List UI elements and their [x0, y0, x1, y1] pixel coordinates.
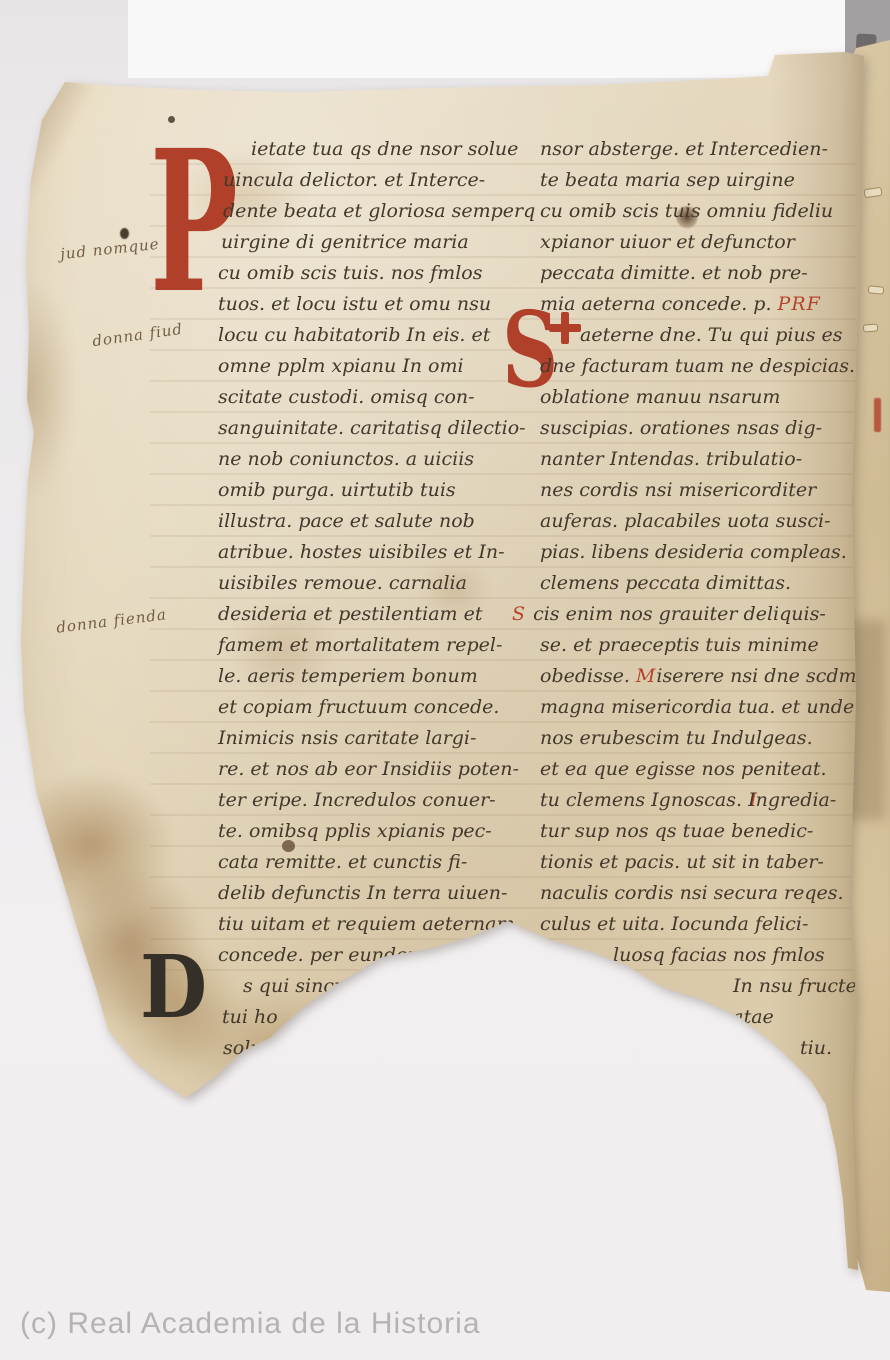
manuscript-text-line: dente beata et gloriosa semperq	[223, 196, 528, 227]
ink-text: naculis cordis nsi secura reqes.	[540, 882, 844, 904]
manuscript-text-line: scitate custodi. omisq con-	[218, 382, 528, 413]
manuscript-text-line: tuos. et locu istu et omu nsu	[218, 289, 528, 320]
ink-text: culus et uita. Iocunda felici-	[540, 913, 808, 935]
manuscript-text-line: magna misericordia tua. et unde	[540, 692, 870, 723]
manuscript-text-line: tiu.	[800, 1033, 870, 1064]
manuscript-text-line: le. aeris temperiem bonum	[218, 661, 528, 692]
ink-text: clemens peccata dimittas.	[540, 572, 791, 594]
manuscript-text-line: uatae	[720, 1002, 870, 1033]
manuscript-text-line: se. et praeceptis tuis minime	[540, 630, 870, 661]
ink-text: cis enim nos grauiter deliquis-	[533, 603, 826, 625]
ink-text: suscipias. orationes nsas dig-	[540, 417, 822, 439]
manuscript-text-line: oblatione manuu nsarum	[540, 382, 870, 413]
ink-text: tionis et pacis. ut sit in taber-	[540, 851, 824, 873]
ink-text: famem et mortalitatem repel-	[218, 634, 502, 656]
manuscript-text-line: s qui sincul	[243, 971, 528, 1002]
ink-text: nsor absterge. et Intercedien-	[540, 138, 828, 160]
manuscript-text-line: atribue. hostes uisibiles et In-	[218, 537, 528, 568]
ink-text: solu	[223, 1037, 263, 1059]
ink-text: illustra. pace et salute nob	[218, 510, 475, 532]
manuscript-text-line: ne nob coniunctos. a uiciis	[218, 444, 528, 475]
manuscript-text-line: tu clemens Ignoscas. Ingredia-	[540, 785, 870, 816]
manuscript-text-line: te. omibsq pplis xpianis pec-	[218, 816, 528, 847]
parchment-leaf: P D S ietate tua qs dne nsor solueuincul…	[0, 0, 890, 1360]
ink-text: cu omib scis tuis omniu fideliu	[540, 200, 833, 222]
right-text-column: nsor absterge. et Intercedien-te beata m…	[540, 134, 870, 1064]
manuscript-text-line: nes cordis nsi misericorditer	[540, 475, 870, 506]
manuscript-text-line: et copiam fructuum concede.	[218, 692, 528, 723]
manuscript-text-line: uincula delictor. et Interce-	[223, 165, 528, 196]
ink-text: nos erubescim tu Indulgeas.	[540, 727, 813, 749]
manuscript-text-line: xpianor uiuor et defunctor	[540, 227, 870, 258]
manuscript-text-line: nos erubescim tu Indulgeas.	[540, 723, 870, 754]
manuscript-text-line: auferas. placabiles uota susci-	[540, 506, 870, 537]
ink-text: omib purga. uirtutib tuis	[218, 479, 456, 501]
left-text-column: ietate tua qs dne nsor solueuincula deli…	[218, 134, 528, 1064]
ink-text: nanter Intendas. tribulatio-	[540, 448, 802, 470]
manuscript-text-line: et ea que egisse nos peniteat.	[540, 754, 870, 785]
manuscript-text-line: culus et uita. Iocunda felici-	[540, 909, 870, 940]
manuscript-text-line: luosq facias nos fmlos	[613, 940, 870, 971]
ink-text: sanguinitate. caritatisq dilectio-	[218, 417, 526, 439]
manuscript-text-line: tiu uitam et requiem aeternam	[218, 909, 528, 940]
manuscript-text-line: cata remitte. et cunctis fi-	[218, 847, 528, 878]
ink-text: pias. libens desideria compleas.	[540, 541, 847, 563]
ink-text: et copiam fructuum concede.	[218, 696, 499, 718]
ink-text: tiu.	[800, 1037, 832, 1059]
ink-text: oblatione manuu nsarum	[540, 386, 780, 408]
ink-text: uatae	[720, 1006, 774, 1028]
ink-text: concede. per eundem.	[218, 944, 431, 966]
ink-text: tui ho	[222, 1006, 278, 1028]
manuscript-text-line: naculis cordis nsi secura reqes.	[540, 878, 870, 909]
manuscript-text-line: uirgine di genitrice maria	[221, 227, 528, 258]
ink-text: ter eripe. Incredulos conuer-	[218, 789, 496, 811]
ink-text: ietate tua qs dne nsor solue	[251, 138, 518, 160]
ink-text: ne nob coniunctos. a uiciis	[218, 448, 474, 470]
ink-text: In nsu fructer-	[733, 975, 872, 997]
manuscript-text-line: cu omib scis tuis. nos fmlos	[218, 258, 528, 289]
manuscript-text-line: ietate tua qs dne nsor solue	[251, 134, 528, 165]
ink-text: aeterne dne. Tu qui pius es	[580, 324, 843, 346]
manuscript-text-line: delib defunctis In terra uiuen-	[218, 878, 528, 909]
ink-text: uirgine di genitrice maria	[221, 231, 469, 253]
manuscript-text-line: S cis enim nos grauiter deliquis-	[512, 599, 870, 630]
manuscript-text-line: concede. per eundem.	[218, 940, 528, 971]
manuscript-text-line: solu	[223, 1033, 528, 1064]
rubric-text: I	[748, 789, 756, 811]
manuscript-photo: P D S ietate tua qs dne nsor solueuincul…	[0, 0, 890, 1360]
manuscript-text-line: illustra. pace et salute nob	[218, 506, 528, 537]
rubric-text: S	[512, 603, 533, 625]
ink-text: tu clemens Ignoscas.	[540, 789, 748, 811]
ink-text: tur sup nos qs tuae benedic-	[540, 820, 813, 842]
ink-text: re. et nos ab eor Insidiis poten-	[218, 758, 519, 780]
ink-text: desideria et pestilentiam et	[218, 603, 483, 625]
parchment-leaf-wrapper: P D S ietate tua qs dne nsor solueuincul…	[0, 0, 890, 1360]
manuscript-text-line: desideria et pestilentiam et	[218, 599, 528, 630]
ink-text: Inimicis nsis caritate largi-	[218, 727, 476, 749]
manuscript-text-line: famem et mortalitatem repel-	[218, 630, 528, 661]
ink-text: cu omib scis tuis. nos fmlos	[218, 262, 482, 284]
manuscript-text-line: nsor absterge. et Intercedien-	[540, 134, 870, 165]
ink-text: tiu uitam et requiem aeternam	[218, 913, 514, 935]
ink-text: auferas. placabiles uota susci-	[540, 510, 831, 532]
manuscript-text-line: peccata dimitte. et nob pre-	[540, 258, 870, 289]
manuscript-text-line: locu cu habitatorib In eis. et	[218, 320, 528, 351]
manuscript-text-line: sanguinitate. caritatisq dilectio-	[218, 413, 528, 444]
ink-text: nes cordis nsi misericorditer	[540, 479, 816, 501]
copyright-watermark: (c) Real Academia de la Historia	[20, 1306, 481, 1342]
manuscript-text-line: suscipias. orationes nsas dig-	[540, 413, 870, 444]
ink-text: dente beata et gloriosa semperq	[223, 200, 535, 222]
ink-text: omne pplm xpianu In omi	[218, 355, 464, 377]
manuscript-text-line: te beata maria sep uirgine	[540, 165, 870, 196]
ink-text: peccata dimitte. et nob pre-	[540, 262, 808, 284]
ink-text: scitate custodi. omisq con-	[218, 386, 475, 408]
ink-text: luosq facias nos fmlos	[613, 944, 825, 966]
manuscript-text-line: ter eripe. Incredulos conuer-	[218, 785, 528, 816]
manuscript-text-line: clemens peccata dimittas.	[540, 568, 870, 599]
ink-text: iserere nsi dne scdm	[656, 665, 856, 687]
ink-text: te. omibsq pplis xpianis pec-	[218, 820, 492, 842]
ink-text: tuos. et locu istu et omu nsu	[218, 293, 491, 315]
ink-text: atribue. hostes uisibiles et In-	[218, 541, 505, 563]
ink-text: delib defunctis In terra uiuen-	[218, 882, 507, 904]
stain	[0, 280, 75, 500]
manuscript-text-line: omib purga. uirtutib tuis	[218, 475, 528, 506]
manuscript-text-line: dne facturam tuam ne despicias.	[540, 351, 870, 382]
manuscript-text-line: obedisse. Miserere nsi dne scdm	[540, 661, 870, 692]
ink-text: te beata maria sep uirgine	[540, 169, 795, 191]
manuscript-text-line: nanter Intendas. tribulatio-	[540, 444, 870, 475]
manuscript-text-line: Inimicis nsis caritate largi-	[218, 723, 528, 754]
ink-text: magna misericordia tua. et unde	[540, 696, 854, 718]
manuscript-text-line: cu omib scis tuis omniu fideliu	[540, 196, 870, 227]
rubric-text: M	[636, 665, 656, 687]
manuscript-text-line: omne pplm xpianu In omi	[218, 351, 528, 382]
inked-initial-d: D	[140, 945, 207, 1031]
ink-text: et ea que egisse nos peniteat.	[540, 758, 827, 780]
ink-text: dne facturam tuam ne despicias.	[540, 355, 855, 377]
fold-crease	[3, 73, 122, 257]
ink-text: mia aeterna concede. p.	[540, 293, 778, 315]
ink-text: se. et praeceptis tuis minime	[540, 634, 819, 656]
ink-text: cata remitte. et cunctis fi-	[218, 851, 467, 873]
ink-text: uisibiles remoue. carnalia	[218, 572, 467, 594]
rubric-text: PRF	[778, 293, 821, 315]
ink-text: ngredia-	[756, 789, 837, 811]
manuscript-text-line: re. et nos ab eor Insidiis poten-	[218, 754, 528, 785]
ink-text: obedisse.	[540, 665, 636, 687]
manuscript-text-line: mia aeterna concede. p. PRF	[540, 289, 870, 320]
ink-text: le. aeris temperiem bonum	[218, 665, 478, 687]
ink-text: s qui sincul	[243, 975, 352, 997]
manuscript-text-line: In nsu fructer-	[733, 971, 870, 1002]
ink-text: locu cu habitatorib In eis. et	[218, 324, 490, 346]
ink-text: uincula delictor. et Interce-	[223, 169, 485, 191]
manuscript-text-line: tur sup nos qs tuae benedic-	[540, 816, 870, 847]
manuscript-text-line: tionis et pacis. ut sit in taber-	[540, 847, 870, 878]
manuscript-text-line: pias. libens desideria compleas.	[540, 537, 870, 568]
manuscript-text-line: uisibiles remoue. carnalia	[218, 568, 528, 599]
manuscript-text-line: tui ho	[222, 1002, 528, 1033]
manuscript-text-line: aeterne dne. Tu qui pius es	[580, 320, 870, 351]
ink-text: xpianor uiuor et defunctor	[540, 231, 795, 253]
